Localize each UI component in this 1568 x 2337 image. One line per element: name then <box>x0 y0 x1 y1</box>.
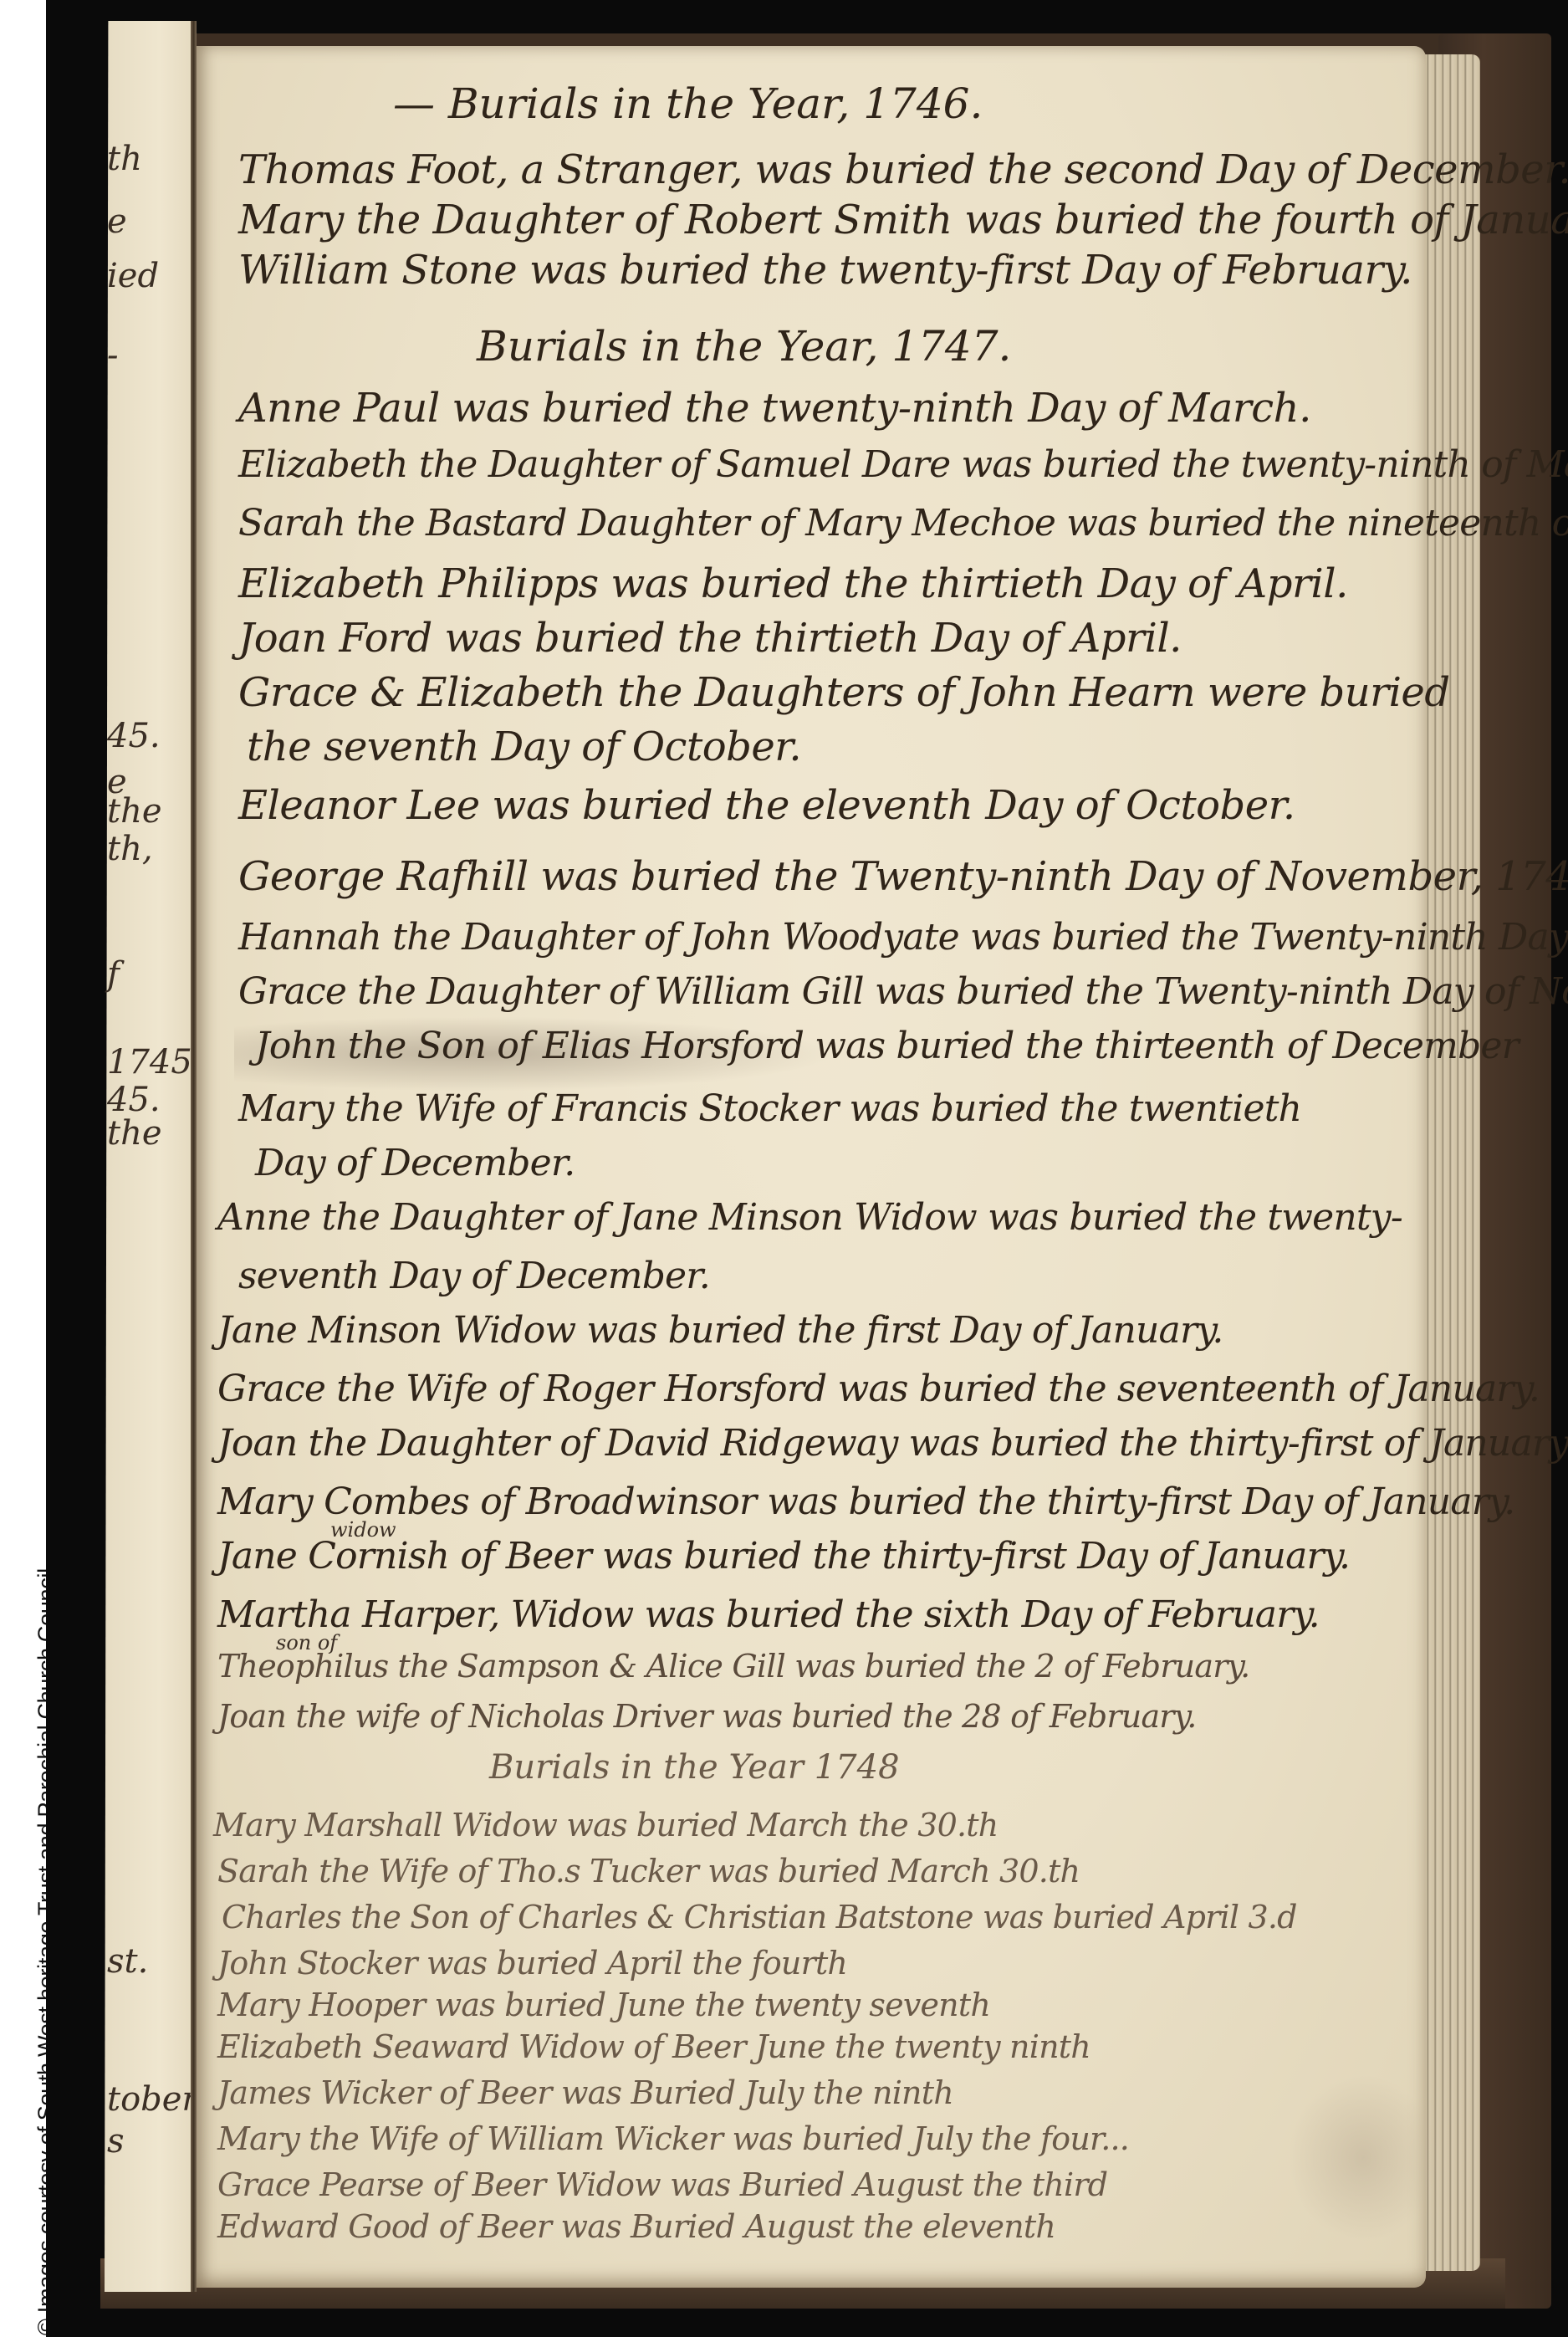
section-heading-1748: Burials in the Year 1748 <box>489 1748 900 1787</box>
left-page-fragment: f <box>107 958 120 991</box>
entry: Anne the Daughter of Jane Minson Widow w… <box>217 1196 1402 1239</box>
entry: Mary the Wife of William Wicker was buri… <box>217 2120 1129 2157</box>
left-page-fragment: th <box>107 142 142 176</box>
left-page-fragment: 45. <box>107 1083 161 1117</box>
entry: Joan the wife of Nicholas Driver was bur… <box>217 1698 1197 1735</box>
left-page-fragment: the <box>107 1117 162 1150</box>
left-page-fragment: the <box>107 795 162 828</box>
entry: Elizabeth Philipps was buried the thirti… <box>238 560 1348 607</box>
entry: Theophilus the Sampson & Alice Gill was … <box>217 1648 1249 1685</box>
left-page-fragment: ied <box>107 259 159 293</box>
book-gutter <box>191 21 197 2292</box>
left-page-fragment: - <box>107 339 119 372</box>
entry: Mary the Daughter of Robert Smith was bu… <box>238 197 1568 243</box>
entry: Joan the Daughter of David Ridgeway was … <box>217 1422 1568 1465</box>
left-page-fragment: s <box>107 2125 125 2158</box>
entry: Day of December. <box>255 1142 575 1184</box>
entry: Anne Paul was buried the twenty-ninth Da… <box>238 385 1311 432</box>
entry: Grace the Daughter of William Gill was b… <box>238 970 1568 1013</box>
entry: John the Son of Elias Horsford was burie… <box>255 1025 1519 1067</box>
entry: Sarah the Bastard Daughter of Mary Mecho… <box>238 502 1568 545</box>
entry: Charles the Son of Charles & Christian B… <box>222 1899 1297 1936</box>
section-heading-1746: — Burials in the Year, 1746. <box>393 79 983 128</box>
left-page-fragment: e <box>107 205 127 238</box>
credit-strip: © Images courtesy of South West heritage… <box>0 0 46 2337</box>
entry: Mary the Wife of Francis Stocker was bur… <box>238 1087 1301 1130</box>
entry: Thomas Foot, a Stranger, was buried the … <box>238 146 1568 193</box>
entry: Jane Minson Widow was buried the first D… <box>217 1309 1223 1352</box>
entry: George Rafhill was buried the Twenty-nin… <box>238 853 1568 900</box>
entry: Eleanor Lee was buried the eleventh Day … <box>238 782 1295 829</box>
entry: Sarah the Wife of Tho.s Tucker was burie… <box>217 1853 1080 1890</box>
entry: Elizabeth Seaward Widow of Beer June the… <box>217 2028 1090 2065</box>
entry: Mary Hooper was buried June the twenty s… <box>217 1987 990 2023</box>
entry: John Stocker was buried April the fourth <box>217 1945 847 1982</box>
entry: Elizabeth the Daughter of Samuel Dare wa… <box>238 443 1568 486</box>
entry: the seventh Day of October. <box>247 724 801 770</box>
entry: Martha Harper, Widow was buried the sixt… <box>217 1593 1320 1636</box>
entry: Mary Marshall Widow was buried March the… <box>213 1807 998 1844</box>
entry: William Stone was buried the twenty-firs… <box>238 247 1412 294</box>
entry: Mary Combes of Broadwinsor was buried th… <box>217 1480 1514 1523</box>
entry: Jane Cornish of Beer was buried the thir… <box>217 1535 1350 1578</box>
page-edges <box>1422 54 1480 2271</box>
entry: Hannah the Daughter of John Woodyate was… <box>238 916 1568 959</box>
entry: Grace & Elizabeth the Daughters of John … <box>238 669 1450 716</box>
entry: seventh Day of December. <box>238 1255 710 1297</box>
left-page-fragment: th, <box>107 832 153 866</box>
left-page-fragment: 45. <box>107 719 161 753</box>
entry: Edward Good of Beer was Buried August th… <box>217 2208 1055 2245</box>
entry: Grace Pearse of Beer Widow was Buried Au… <box>217 2166 1107 2203</box>
entry: Grace the Wife of Roger Horsford was bur… <box>217 1368 1540 1410</box>
left-page-fragment: st. <box>107 1945 148 1978</box>
entry: Joan Ford was buried the thirtieth Day o… <box>238 615 1182 662</box>
section-heading-1747: Burials in the Year, 1747. <box>477 322 1011 371</box>
entry: James Wicker of Beer was Buried July the… <box>217 2074 953 2111</box>
left-page-fragment: 1745 <box>107 1046 192 1079</box>
